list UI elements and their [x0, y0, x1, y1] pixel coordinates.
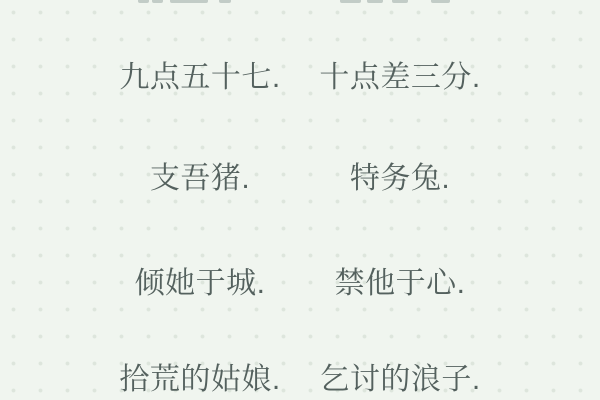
phrase-left: 支吾猪.: [100, 161, 300, 197]
phrase-row: 倾她于城. 禁他于心.: [100, 266, 500, 302]
cropped-text-fragment: [170, 0, 208, 3]
cropped-text-fragment: [152, 0, 163, 3]
phrase-left: 九点五十七.: [100, 60, 300, 96]
phrase-pairs-image: 九点五十七. 十点差三分. 支吾猪. 特务兔. 倾她于城. 禁他于心. 拾荒的姑…: [0, 0, 600, 400]
phrase-right: 特务兔.: [300, 161, 500, 197]
cropped-text-fragment: [138, 0, 149, 3]
phrase-left: 倾她于城.: [100, 266, 300, 302]
phrase-row: 拾荒的姑娘. 乞讨的浪子.: [100, 362, 500, 398]
cropped-top-row: [0, 0, 600, 6]
cropped-text-fragment: [367, 0, 383, 3]
phrase-row: 支吾猪. 特务兔.: [100, 161, 500, 197]
cropped-text-fragment: [219, 0, 231, 3]
phrase-right: 乞讨的浪子.: [300, 362, 500, 398]
phrase-left: 拾荒的姑娘.: [100, 362, 300, 398]
cropped-text-fragment: [340, 0, 361, 3]
phrase-right: 禁他于心.: [300, 266, 500, 302]
phrase-right: 十点差三分.: [300, 60, 500, 96]
cropped-text-fragment: [392, 0, 408, 3]
cropped-text-fragment: [431, 0, 450, 3]
phrase-row: 九点五十七. 十点差三分.: [100, 60, 500, 96]
